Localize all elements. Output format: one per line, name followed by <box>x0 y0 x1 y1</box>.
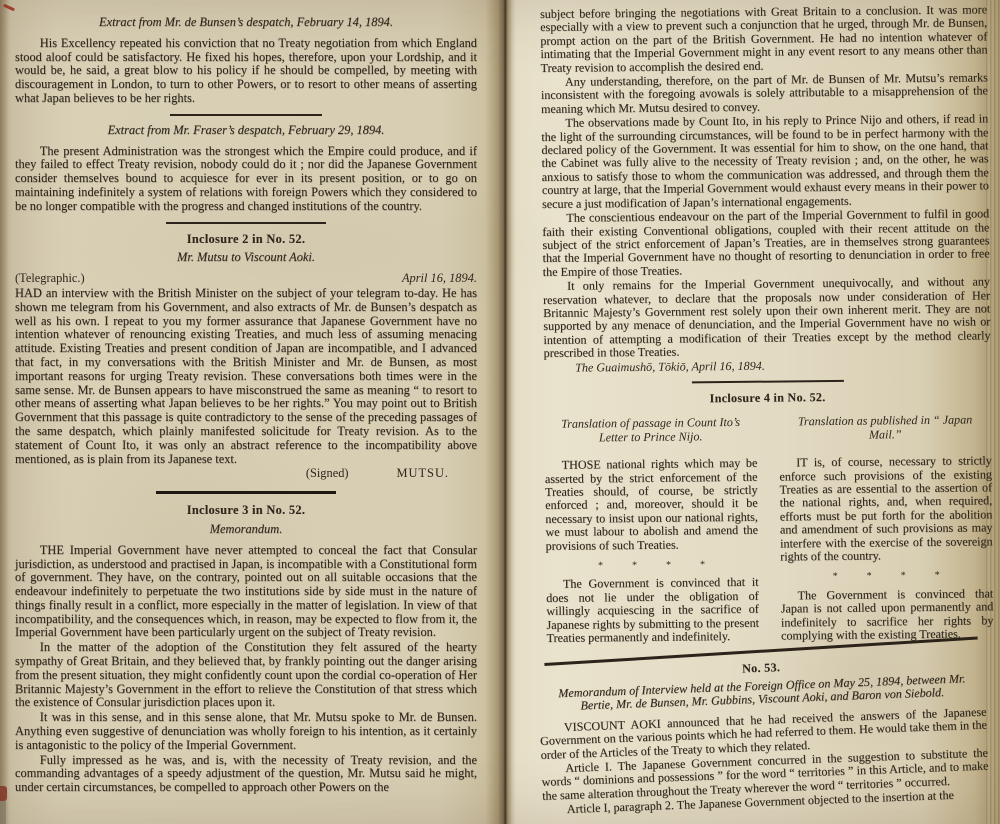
memorandum-continued-paragraph: Any understanding, therefore, on the par… <box>541 71 988 116</box>
translation-column-right: Translation as published in “ Japan Mail… <box>779 408 994 644</box>
extract-fraser-body: The present Administration was the stron… <box>15 145 477 214</box>
translation-right-paragraph: The Government is convinced that Japan i… <box>781 587 994 643</box>
memorandum-continued-paragraph: The observations made by Count Ito, in h… <box>541 113 989 212</box>
book-spread: Extract from Mr. de Bunsen’s despatch, F… <box>0 0 1000 824</box>
memorandum-continued-paragraph: subject before bringing the negotiations… <box>540 3 988 75</box>
memorandum-paragraph: Fully impressed as he was, and is, with … <box>15 754 477 795</box>
no53-section: No. 53. Memorandum of Interview held at … <box>537 642 990 818</box>
translation-column-left: Translation of passage in Count Ito’s Le… <box>544 410 759 646</box>
translation-right-heading: Translation as published in “ Japan Mail… <box>781 414 990 443</box>
asterisk-separator: * * * * <box>780 569 993 585</box>
horizontal-rule <box>691 380 843 384</box>
translation-left-paragraph: THOSE national rights which may be asser… <box>545 457 758 553</box>
left-page-edge <box>0 0 9 824</box>
memorandum-paragraph: THE Imperial Government have never attem… <box>15 544 477 641</box>
inclosure3-heading: Inclosure 3 in No. 52. <box>15 504 477 518</box>
telegram-body: HAD an interview with the British Minist… <box>15 287 477 466</box>
horizontal-rule <box>170 114 322 116</box>
telegram-date: April 16, 1894. <box>402 272 477 286</box>
gray-smudge-bottom <box>0 801 6 824</box>
horizontal-rule-thick <box>156 491 336 494</box>
translation-left-paragraph: The Government is convinced that it does… <box>546 576 759 645</box>
memorandum-heading: Memorandum. <box>25 523 467 537</box>
book-gutter <box>498 0 512 824</box>
asterisk-separator: * * * * <box>546 558 759 574</box>
extract-fraser-heading: Extract from Mr. Fraser’s despatch, Febr… <box>25 124 467 138</box>
red-ink-mark-bottom <box>0 786 7 801</box>
memorandum-continued-paragraph: It only remains for the Imperial Governm… <box>543 275 991 360</box>
telegram-meta-row: (Telegraphic.) April 16, 1894. <box>15 272 477 286</box>
inclosure2-subheading: Mr. Mutsu to Viscount Aoki. <box>25 251 467 265</box>
memorandum-continued-paragraph: The conscientious endeavour on the part … <box>542 207 990 279</box>
extract-debunsen-heading: Extract from Mr. de Bunsen’s despatch, F… <box>25 16 467 30</box>
extract-debunsen-body: His Excellency repeated his conviction t… <box>15 37 477 106</box>
translation-left-heading: Translation of passage in Count Ito’s Le… <box>546 416 755 445</box>
horizontal-rule <box>166 222 326 224</box>
translation-right-paragraph: IT is, of course, necessary to strictly … <box>779 454 993 563</box>
memorandum-paragraph: In the matter of the adoption of the Con… <box>15 641 477 710</box>
telegraphic-label: (Telegraphic.) <box>15 272 85 286</box>
signed-label: (Signed) <box>306 467 349 481</box>
gaimusho-signature: The Guaimushō, Tōkiō, April 16, 1894. <box>544 357 991 375</box>
signed-name: MUTSU. <box>397 467 449 481</box>
memorandum-paragraph: It was in this sense, and in this sense … <box>15 711 477 752</box>
page-left: Extract from Mr. de Bunsen’s despatch, F… <box>15 12 477 796</box>
memorandum-continued-section: subject before bringing the negotiations… <box>540 3 994 646</box>
inclosure2-heading: Inclosure 2 in No. 52. <box>15 233 477 247</box>
translation-columns: Translation of passage in Count Ito’s Le… <box>544 408 993 647</box>
page-right: subject before bringing the negotiations… <box>540 8 987 817</box>
inclosure4-heading: Inclosure 4 in No. 52. <box>544 389 991 407</box>
signature-row: (Signed) MUTSU. <box>15 467 477 481</box>
